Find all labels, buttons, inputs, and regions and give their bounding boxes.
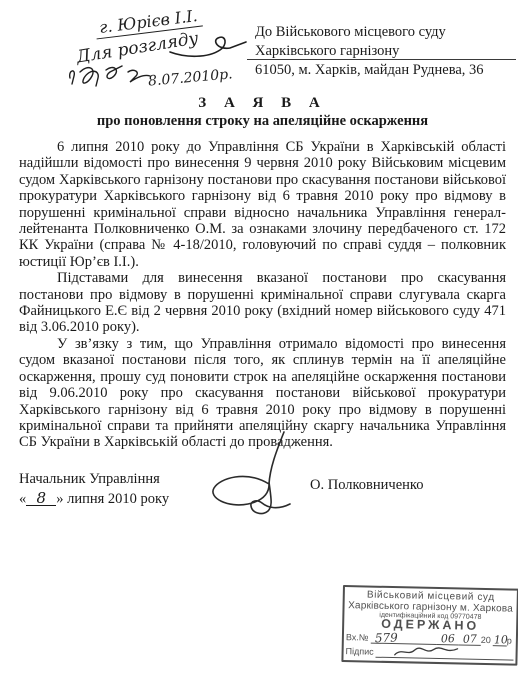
recipient-address: 61050, м. Харків, майдан Руднева, 36 — [255, 62, 484, 79]
stamp-month-blank: 07 — [459, 632, 481, 645]
paragraph-2: Підставами для винесення вказаної постан… — [19, 270, 506, 336]
signature-date-line: «8» липня 2010 року — [19, 491, 169, 508]
handwritten-incoming-number: 579 — [374, 633, 397, 644]
stamp-signature-row: Підпис — [345, 644, 513, 661]
annotation-date: 8.07.2010р. — [147, 66, 233, 89]
document-title: З А Я В А — [19, 95, 506, 112]
document-subtitle: про поновлення строку на апеляційне оска… — [19, 113, 506, 130]
handwritten-stamp-month: 07 — [463, 634, 477, 644]
stamp-in-number-blank: 579 — [370, 631, 437, 645]
court-received-stamp: Військовий місцевий суд Харківського гар… — [341, 585, 518, 666]
stamp-sign-label: Підпис — [345, 646, 375, 658]
handwritten-stamp-year: 10 — [494, 635, 508, 645]
handwritten-stamp-day: 06 — [441, 634, 455, 644]
stamp-signature-scribble — [394, 644, 460, 659]
signer-position: Начальник Управління — [19, 471, 160, 488]
recipient-block: До Військового місцевого суду Харківсько… — [255, 23, 510, 60]
scanned-document-page: г. Юрієв І.І. Для розгляду 8.07.2010р. Д… — [0, 0, 518, 677]
stamp-signature-blank — [376, 645, 514, 661]
signer-name: О. Полковниченко — [310, 477, 423, 494]
recipient-court-line1: До Військового місцевого суду — [255, 23, 510, 42]
date-rest: » липня 2010 року — [56, 491, 169, 507]
stamp-year-blank: 10 — [493, 633, 507, 646]
stamp-year-prefix: 20 — [481, 635, 493, 646]
date-open-quote: « — [19, 491, 26, 507]
annotation-flourish-stroke — [168, 28, 248, 62]
annotation-signature-scribble — [66, 58, 154, 92]
recipient-underline-rule — [247, 59, 516, 60]
document-body: 6 липня 2010 року до Управління СБ Украї… — [19, 139, 506, 451]
stamp-in-label: Вх.№ — [346, 632, 371, 644]
signature-scribble — [200, 430, 320, 520]
recipient-court-line2: Харківського гарнізону — [255, 42, 510, 61]
paragraph-1: 6 липня 2010 року до Управління СБ Украї… — [19, 139, 506, 270]
handwritten-day: 8 — [26, 492, 56, 506]
